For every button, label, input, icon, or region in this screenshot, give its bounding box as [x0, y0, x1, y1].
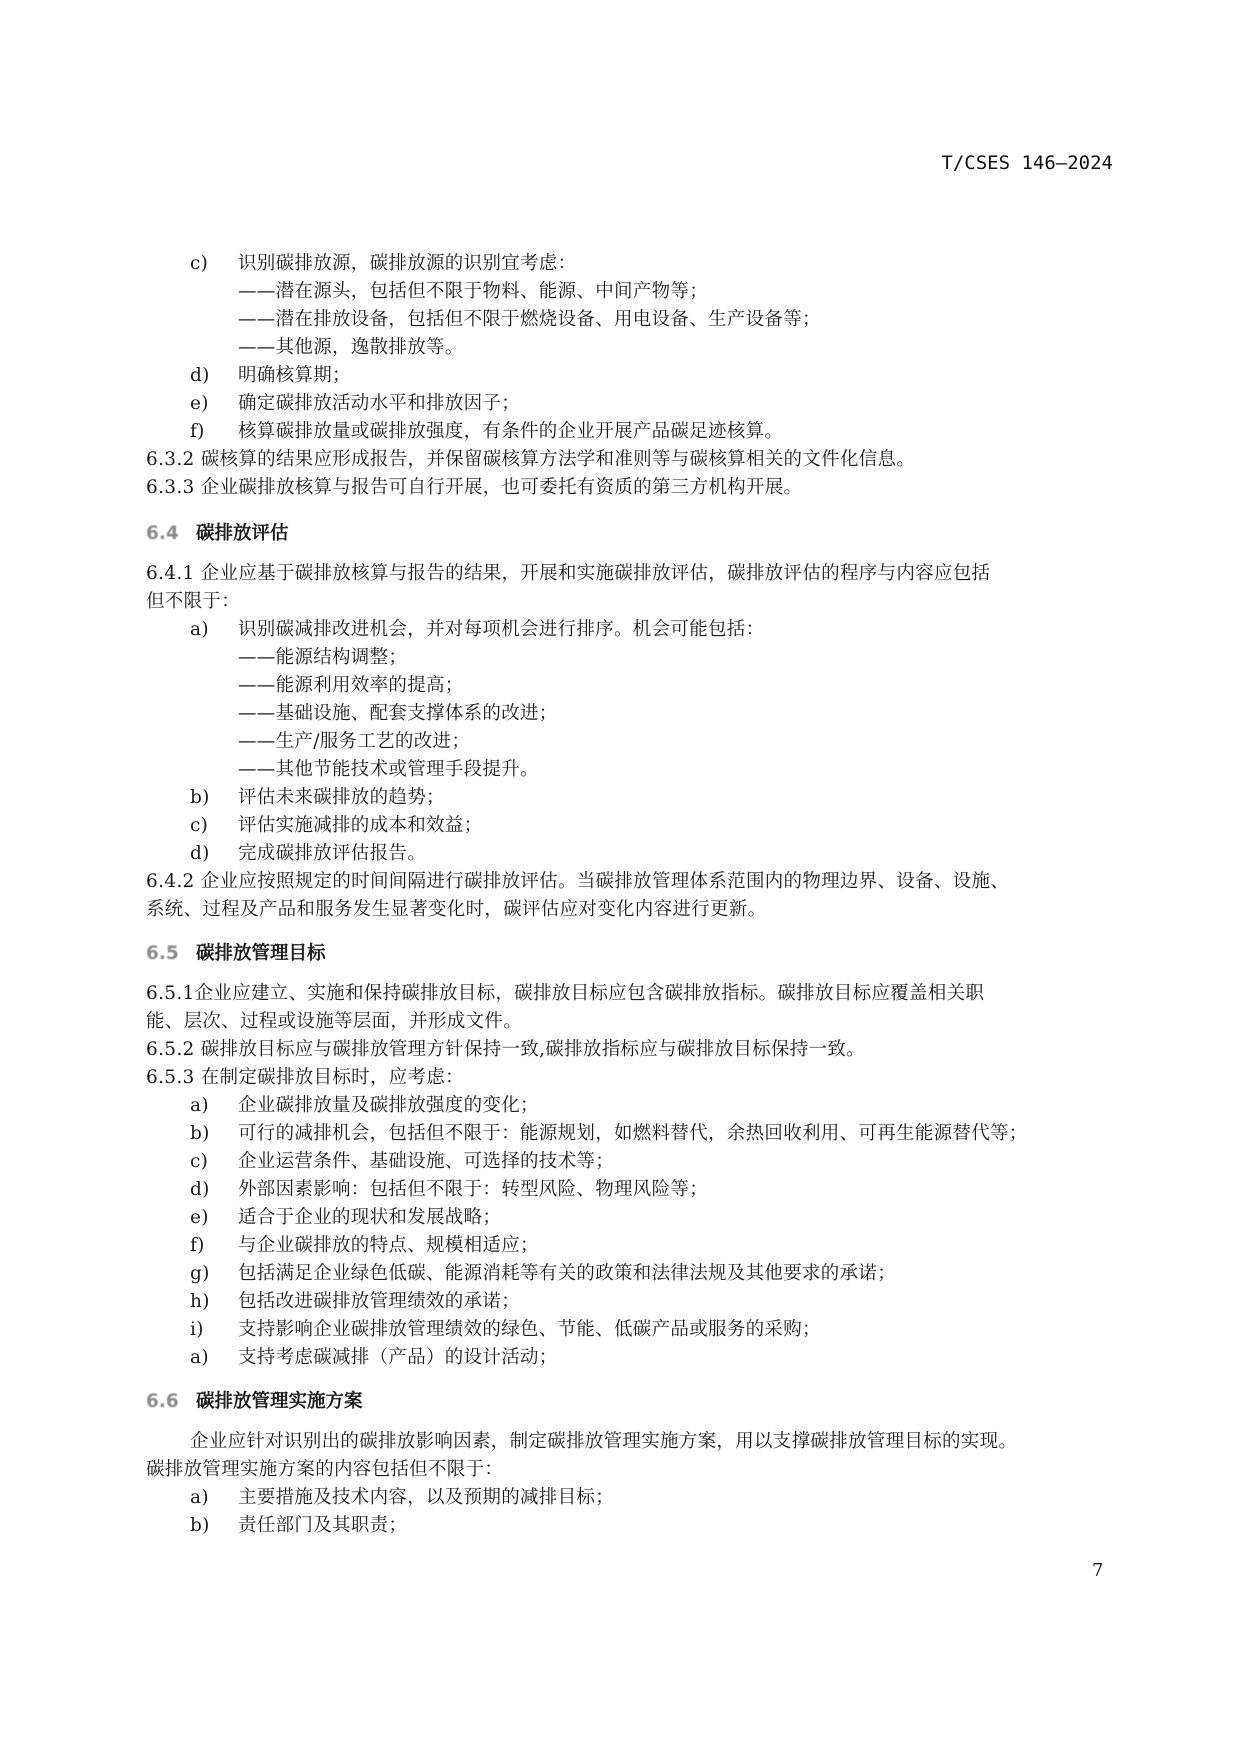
- section-number: 6.4: [146, 520, 196, 548]
- list-text: 包括改进碳排放管理绩效的承诺；: [238, 1291, 520, 1312]
- list-item: c)识别碳排放源，碳排放源的识别宜考虑：: [190, 250, 576, 278]
- clause-6-5-1: 6.5.1企业应建立、实施和保持碳排放目标，碳排放目标应包含碳排放指标。碳排放目…: [146, 980, 984, 1008]
- clause-6-5-3: 6.5.3 在制定碳排放目标时，应考虑：: [146, 1064, 464, 1092]
- document-code: T/CSES 146—2024: [941, 152, 1113, 174]
- list-text: 与企业碳排放的特点、规模相适应；: [238, 1235, 539, 1256]
- clause-6-4-1-cont: 但不限于：: [146, 588, 240, 616]
- section-title: 碳排放管理实施方案: [196, 1391, 363, 1412]
- list-item: f)核算碳排放量或碳排放强度，有条件的企业开展产品碳足迹核算。: [190, 418, 783, 446]
- list-label: a): [190, 616, 238, 644]
- dash-item: ——其他节能技术或管理手段提升。: [238, 756, 539, 784]
- section-number: 6.5: [146, 940, 196, 968]
- list-label: f): [190, 418, 238, 446]
- list-item: d)明确核算期；: [190, 362, 351, 390]
- list-item: b)评估未来碳排放的趋势；: [190, 784, 445, 812]
- list-text: 确定碳排放活动水平和排放因子；: [238, 393, 520, 414]
- list-text: 包括满足企业绿色低碳、能源消耗等有关的政策和法律法规及其他要求的承诺；: [238, 1263, 896, 1284]
- list-item: h)包括改进碳排放管理绩效的承诺；: [190, 1288, 520, 1316]
- paragraph-6-6: 企业应针对识别出的碳排放影响因素，制定碳排放管理实施方案，用以支撑碳排放管理目标…: [190, 1428, 1017, 1456]
- dash-item: ——基础设施、配套支撑体系的改进；: [238, 700, 558, 728]
- list-label: d): [190, 840, 238, 868]
- clause-6-4-2: 6.4.2 企业应按照规定的时间间隔进行碳排放评估。当碳排放管理体系范围内的物理…: [146, 868, 1009, 896]
- clause-6-5-2: 6.5.2 碳排放目标应与碳排放管理方针保持一致,碳排放指标应与碳排放目标保持一…: [146, 1036, 865, 1064]
- list-label: c): [190, 250, 238, 278]
- list-text: 明确核算期；: [238, 365, 351, 386]
- list-item: a)支持考虑碳减排（产品）的设计活动；: [190, 1344, 558, 1372]
- list-text: 支持影响企业碳排放管理绩效的绿色、节能、低碳产品或服务的采购；: [238, 1319, 821, 1340]
- list-item: d)完成碳排放评估报告。: [190, 840, 426, 868]
- list-text: 企业碳排放量及碳排放强度的变化；: [238, 1095, 539, 1116]
- section-heading-6-6: 6.6碳排放管理实施方案: [146, 1388, 363, 1416]
- list-item: g)包括满足企业绿色低碳、能源消耗等有关的政策和法律法规及其他要求的承诺；: [190, 1260, 896, 1288]
- list-text: 完成碳排放评估报告。: [238, 843, 426, 864]
- list-item: f)与企业碳排放的特点、规模相适应；: [190, 1232, 539, 1260]
- list-label: e): [190, 1204, 238, 1232]
- list-text: 主要措施及技术内容，以及预期的减排目标；: [238, 1487, 614, 1508]
- list-text: 适合于企业的现状和发展战略；: [238, 1207, 501, 1228]
- list-label: b): [190, 784, 238, 812]
- dash-item: ——潜在排放设备，包括但不限于燃烧设备、用电设备、生产设备等；: [238, 306, 821, 334]
- list-text: 核算碳排放量或碳排放强度，有条件的企业开展产品碳足迹核算。: [238, 421, 783, 442]
- list-text: 可行的减排机会，包括但不限于：能源规划，如燃料替代，余热回收利用、可再生能源替代…: [238, 1123, 1028, 1144]
- list-item: i)支持影响企业碳排放管理绩效的绿色、节能、低碳产品或服务的采购；: [190, 1316, 821, 1344]
- list-text: 外部因素影响：包括但不限于：转型风险、物理风险等；: [238, 1179, 708, 1200]
- list-label: a): [190, 1344, 238, 1372]
- list-item: e)确定碳排放活动水平和排放因子；: [190, 390, 520, 418]
- dash-item: ——其他源，逸散排放等。: [238, 334, 464, 362]
- list-label: d): [190, 362, 238, 390]
- clause-6-3-3: 6.3.3 企业碳排放核算与报告可自行开展，也可委托有资质的第三方机构开展。: [146, 474, 802, 502]
- section-heading-6-5: 6.5碳排放管理目标: [146, 940, 326, 968]
- list-label: e): [190, 390, 238, 418]
- section-title: 碳排放管理目标: [196, 943, 326, 964]
- list-text: 责任部门及其职责；: [238, 1515, 407, 1536]
- dash-item: ——生产/服务工艺的改进；: [238, 728, 470, 756]
- list-label: a): [190, 1484, 238, 1512]
- list-item: c)评估实施减排的成本和效益；: [190, 812, 482, 840]
- dash-item: ——潜在源头，包括但不限于物料、能源、中间产物等；: [238, 278, 708, 306]
- list-text: 评估实施减排的成本和效益；: [238, 815, 482, 836]
- list-label: i): [190, 1316, 238, 1344]
- paragraph-6-6-cont: 碳排放管理实施方案的内容包括但不限于：: [146, 1456, 503, 1484]
- list-label: f): [190, 1232, 238, 1260]
- clause-6-5-1-cont: 能、层次、过程或设施等层面，并形成文件。: [146, 1008, 522, 1036]
- list-text: 支持考虑碳减排（产品）的设计活动；: [238, 1347, 558, 1368]
- page-number: 7: [1092, 1560, 1103, 1581]
- document-page: T/CSES 146—2024 c)识别碳排放源，碳排放源的识别宜考虑： ——潜…: [0, 0, 1240, 1755]
- list-label: c): [190, 1148, 238, 1176]
- list-item: e)适合于企业的现状和发展战略；: [190, 1204, 501, 1232]
- list-item: d)外部因素影响：包括但不限于：转型风险、物理风险等；: [190, 1176, 708, 1204]
- list-label: c): [190, 812, 238, 840]
- list-item: a)企业碳排放量及碳排放强度的变化；: [190, 1092, 539, 1120]
- list-item: b)责任部门及其职责；: [190, 1512, 407, 1540]
- list-text: 评估未来碳排放的趋势；: [238, 787, 445, 808]
- list-item: a)主要措施及技术内容，以及预期的减排目标；: [190, 1484, 614, 1512]
- section-number: 6.6: [146, 1388, 196, 1416]
- dash-item: ——能源利用效率的提高；: [238, 672, 464, 700]
- list-item: c)企业运营条件、基础设施、可选择的技术等；: [190, 1148, 614, 1176]
- list-label: a): [190, 1092, 238, 1120]
- clause-6-4-1: 6.4.1 企业应基于碳排放核算与报告的结果，开展和实施碳排放评估，碳排放评估的…: [146, 560, 990, 588]
- list-item: a)识别碳减排改进机会，并对每项机会进行排序。机会可能包括：: [190, 616, 764, 644]
- list-label: b): [190, 1120, 238, 1148]
- list-label: d): [190, 1176, 238, 1204]
- list-label: g): [190, 1260, 238, 1288]
- list-item: b)可行的减排机会，包括但不限于：能源规划，如燃料替代，余热回收利用、可再生能源…: [190, 1120, 1028, 1148]
- list-text: 企业运营条件、基础设施、可选择的技术等；: [238, 1151, 614, 1172]
- list-label: b): [190, 1512, 238, 1540]
- clause-6-3-2: 6.3.2 碳核算的结果应形成报告，并保留碳核算方法学和准则等与碳核算相关的文件…: [146, 446, 915, 474]
- section-title: 碳排放评估: [196, 523, 289, 544]
- dash-item: ——能源结构调整；: [238, 644, 407, 672]
- list-label: h): [190, 1288, 238, 1316]
- clause-6-4-2-cont: 系统、过程及产品和服务发生显著变化时，碳评估应对变化内容进行更新。: [146, 896, 766, 924]
- list-text: 识别碳排放源，碳排放源的识别宜考虑：: [238, 253, 576, 274]
- section-heading-6-4: 6.4碳排放评估: [146, 520, 289, 548]
- list-text: 识别碳减排改进机会，并对每项机会进行排序。机会可能包括：: [238, 619, 764, 640]
